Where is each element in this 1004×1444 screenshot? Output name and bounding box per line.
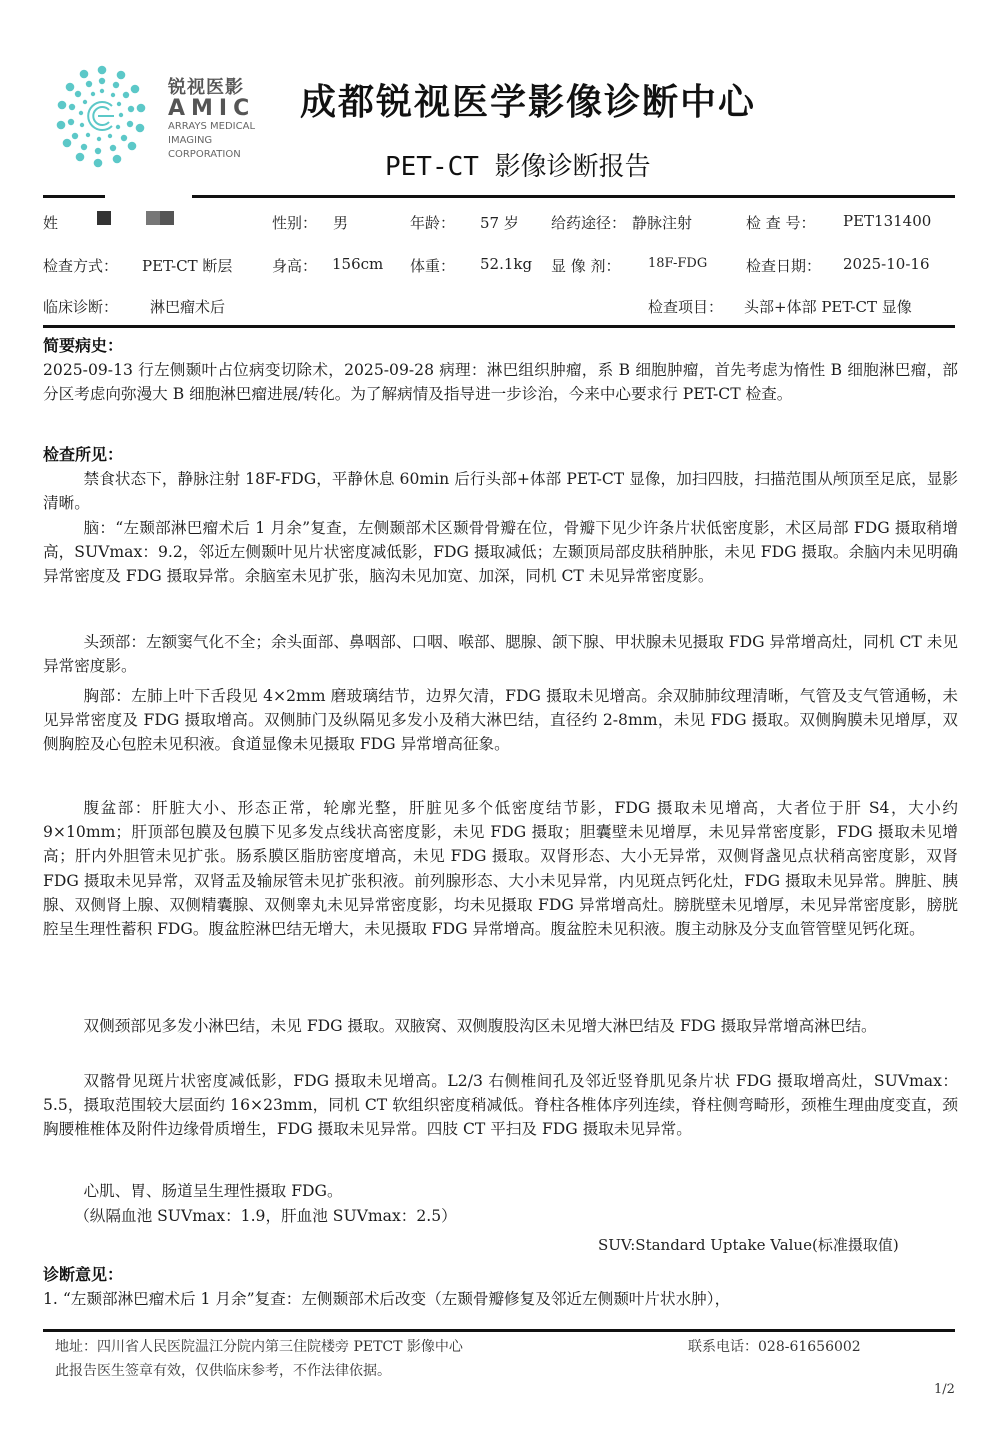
date-label: 检查日期： — [746, 255, 821, 276]
height-label: 身高： — [272, 255, 317, 276]
footer-divider — [43, 1329, 955, 1332]
findings-paragraph-head-neck: 头颈部：左额窦气化不全；余头面部、鼻咽部、口咽、喉部、腮腺、颌下腺、甲状腺未见摄… — [43, 630, 958, 678]
sex-label: 性别： — [272, 212, 317, 233]
report-subtitle: PET-CT 影像诊断报告 — [385, 146, 651, 183]
info-divider — [43, 325, 955, 328]
suv-note: SUV:Standard Uptake Value(标准摄取值) — [598, 1234, 899, 1255]
exam-item-value: 头部+体部 PET-CT 显像 — [744, 296, 912, 317]
agent-label: 显 像 剂： — [551, 255, 621, 276]
findings-paragraph-abdomen: 腹盆部：肝脏大小、形态正常，轮廓光整，肝脏见多个低密度结节影，FDG 摄取未见增… — [43, 796, 958, 941]
footer-phone: 联系电话：028-61656002 — [688, 1336, 861, 1356]
weight-label: 体重： — [410, 255, 455, 276]
findings-title: 检查所见： — [43, 442, 123, 465]
history-text: 2025-09-13 行左侧颞叶占位病变切除术，2025-09-28 病理：淋巴… — [43, 358, 958, 406]
clinical-dx-label: 临床诊断： — [43, 296, 118, 317]
findings-paragraph-lymph: 双侧颈部见多发小淋巴结，未见 FDG 摄取。双腋窝、双侧腹股沟区未见增大淋巴结及… — [43, 1014, 958, 1038]
route-value: 静脉注射 — [632, 212, 692, 233]
history-title: 简要病史： — [43, 333, 123, 356]
diagnosis-title: 诊断意见： — [43, 1262, 123, 1285]
footer-address: 地址：四川省人民医院温江分院内第三住院楼旁 PETCT 影像中心 — [55, 1336, 463, 1356]
findings-paragraph-chest: 胸部：左肺上叶下舌段见 4×2mm 磨玻璃结节，边界欠清，FDG 摄取未见增高。… — [43, 684, 958, 757]
clinical-dx-value: 淋巴瘤术后 — [150, 296, 225, 317]
logo-icon — [56, 62, 146, 170]
header-divider-left — [43, 195, 105, 198]
agent-value: 18F-FDG — [648, 256, 707, 271]
findings-paragraph: 禁食状态下，静脉注射 18F-FDG，平静休息 60min 后行头部+体部 PE… — [43, 467, 958, 515]
weight-value: 52.1kg — [480, 255, 532, 273]
method-label: 检查方式： — [43, 255, 118, 276]
height-value: 156cm — [332, 255, 383, 273]
redacted-name — [97, 210, 174, 229]
exam-no-label: 检 查 号： — [746, 212, 816, 233]
findings-paragraph-blood-pool: （纵隔血池 SUVmax：1.9，肝血池 SUVmax：2.5） — [43, 1204, 958, 1228]
findings-paragraph-brain: 脑：“左颞部淋巴瘤术后 1 月余”复查，左侧颞部术区颞骨骨瓣在位，骨瓣下见少许条… — [43, 516, 958, 589]
page-title: 成都锐视医学影像诊断中心 — [300, 74, 860, 125]
logo-brand-cn: 锐视医影 — [168, 78, 255, 98]
name-label: 姓 — [43, 212, 58, 233]
findings-paragraph-bone: 双髂骨见斑片状密度减低影，FDG 摄取未见增高。L2/3 右侧椎间孔及邻近竖脊肌… — [43, 1069, 958, 1142]
logo-wordmark: 锐视医影 AMIC ARRAYS MEDICAL IMAGING CORPORA… — [168, 78, 255, 162]
logo-sub-line: IMAGING — [168, 134, 255, 148]
age-value: 57 岁 — [480, 212, 519, 233]
route-label: 给药途径： — [551, 212, 626, 233]
logo-brand-en: AMIC — [168, 98, 255, 120]
method-value: PET-CT 断层 — [142, 255, 232, 276]
header-divider — [192, 195, 955, 198]
age-label: 年龄： — [410, 212, 455, 233]
footer-disclaimer: 此报告医生签章有效，仅供临床参考，不作法律依据。 — [55, 1360, 391, 1380]
logo-sub-line: ARRAYS MEDICAL — [168, 120, 255, 134]
findings-paragraph-physiologic: 心肌、胃、肠道呈生理性摄取 FDG。 — [43, 1179, 958, 1203]
sex-value: 男 — [333, 212, 348, 233]
exam-item-label: 检查项目： — [648, 296, 723, 317]
page-number: 1/2 — [934, 1382, 955, 1397]
diagnosis-item: 1. “左颞部淋巴瘤术后 1 月余”复查：左侧颞部术后改变（左颞骨瓣修复及邻近左… — [43, 1287, 958, 1311]
date-value: 2025-10-16 — [843, 255, 929, 273]
exam-no-value: PET131400 — [843, 212, 931, 230]
logo-sub-line: CORPORATION — [168, 148, 255, 162]
